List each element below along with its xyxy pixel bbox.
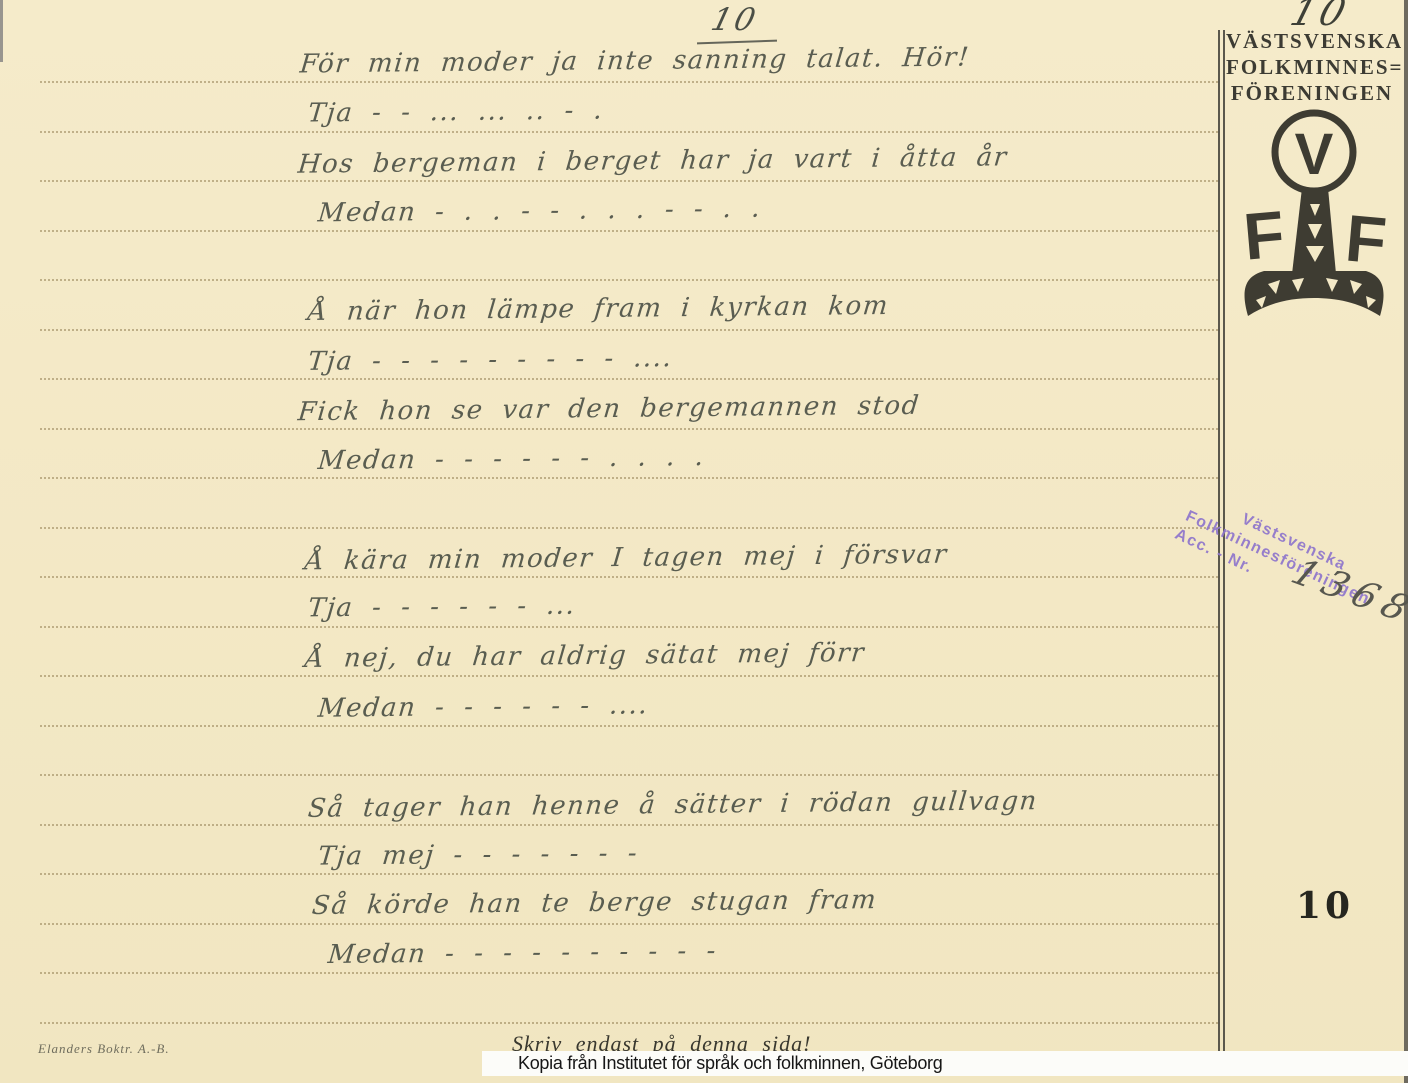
page-number-top: 10 — [708, 2, 762, 38]
ruled-line — [40, 824, 1218, 826]
ruled-line — [40, 477, 1218, 479]
ruled-line — [40, 972, 1218, 974]
svg-text:V: V — [1295, 122, 1334, 187]
manuscript-line: Tja - - - - - - ... — [307, 591, 578, 624]
ruled-line — [40, 774, 1218, 776]
ruled-line — [40, 576, 1218, 578]
svg-text:F: F — [1241, 196, 1288, 273]
ruled-line — [40, 81, 1218, 83]
copy-notice-text: Kopia från Institutet för språk och folk… — [482, 1051, 942, 1074]
manuscript-line: Medan - - - - - - .... — [317, 690, 650, 723]
copy-notice-strip: Kopia från Institutet för språk och folk… — [482, 1051, 1408, 1076]
ruled-line — [40, 230, 1218, 232]
manuscript-line: Fick hon se var den bergemannen stod — [297, 391, 922, 428]
manuscript-line: Tja - - ... ... .. - . — [307, 95, 605, 128]
ruled-line — [40, 131, 1218, 133]
org-name-line2: FOLKMINNES= — [1226, 54, 1398, 80]
org-name-line3: FÖRENINGEN — [1226, 80, 1398, 106]
manuscript-line: Å kära min moder I tagen mej i försvar — [304, 540, 949, 577]
manuscript-line: För min moder ja inte sanning talat. Hör… — [299, 42, 972, 79]
thor-hammer-icon: V F F — [1238, 108, 1390, 320]
manuscript-line: Så körde han te berge stugan fram — [311, 885, 879, 921]
manuscript-line: Så tager han henne å sätter i rödan gull… — [307, 786, 1040, 824]
organization-name: VÄSTSVENSKA FOLKMINNES= FÖRENINGEN — [1226, 28, 1398, 106]
ruled-line — [40, 378, 1218, 380]
ruled-line — [40, 675, 1218, 677]
ruled-line — [40, 923, 1218, 925]
manuscript-line: Tja mej - - - - - - - — [317, 838, 640, 871]
ruled-line — [40, 1022, 1218, 1024]
ruled-line — [40, 180, 1218, 182]
manuscript-line: Tja - - - - - - - - - .... — [307, 343, 675, 377]
ruled-line — [40, 279, 1218, 281]
ruled-line — [40, 527, 1218, 529]
ruled-line — [40, 725, 1218, 727]
printer-imprint: Elanders Boktr. A.-B. — [38, 1041, 170, 1057]
ruled-line — [40, 873, 1218, 875]
manuscript-line: Medan - - - - - - . . . . — [317, 442, 707, 476]
manuscript-line: Medan - . . - - . . . - - . . — [317, 194, 763, 229]
manuscript-line: Hos bergeman i berget har ja vart i åtta… — [297, 142, 1009, 179]
ruled-line — [40, 626, 1218, 628]
manuscript-line: Å nej, du har aldrig sätat mej förr — [304, 638, 867, 674]
ruled-line — [40, 428, 1218, 430]
ruled-line — [40, 329, 1218, 331]
manuscript-line: Medan - - - - - - - - - - — [327, 936, 719, 970]
vff-logo: V F F — [1238, 108, 1390, 320]
page-number-margin-printed: 10 — [1293, 885, 1357, 927]
svg-text:F: F — [1343, 200, 1390, 277]
scanned-manuscript-page: 10 För min moder ja inte sanning talat. … — [0, 0, 1408, 1083]
scan-edge-artifact-right — [1404, 0, 1408, 1083]
org-name-line1: VÄSTSVENSKA — [1226, 28, 1398, 54]
scan-edge-artifact-left — [0, 0, 3, 62]
manuscript-line: Å när hon lämpe fram i kyrkan kom — [307, 291, 891, 327]
